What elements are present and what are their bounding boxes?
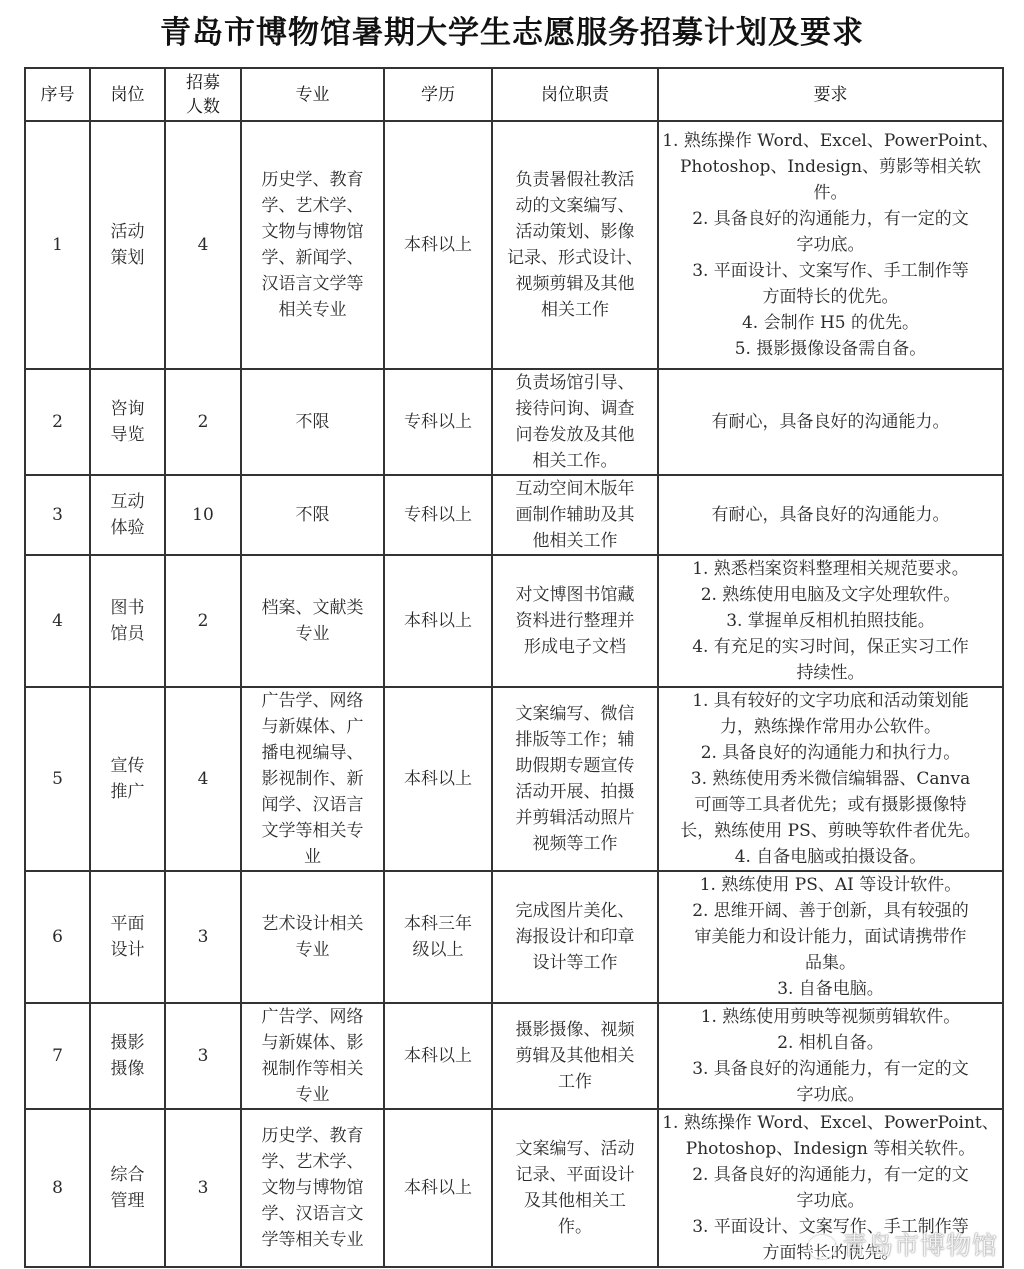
cell-position: 咨询导览: [90, 369, 165, 475]
cell-count: 10: [165, 475, 241, 555]
cell-major: 不限: [241, 475, 384, 555]
header-major: 专业: [241, 68, 384, 121]
cell-position: 宣传推广: [90, 687, 165, 871]
cell-position: 互动体验: [90, 475, 165, 555]
table-row: 5宣传推广4广告学、网络与新媒体、广播电视编导、影视制作、新闻学、汉语言文学等相…: [25, 687, 1003, 871]
header-count: 招募 人数: [165, 68, 241, 121]
cell-requirements: 1. 熟练操作 Word、Excel、PowerPoint、Photoshop、…: [658, 121, 1003, 369]
cell-major: 艺术设计相关专业: [241, 871, 384, 1003]
cell-education: 专科以上: [384, 475, 492, 555]
cell-count: 3: [165, 871, 241, 1003]
cell-education: 本科以上: [384, 1109, 492, 1267]
cell-index: 5: [25, 687, 90, 871]
cell-index: 3: [25, 475, 90, 555]
cell-duties: 互动空间木版年画制作辅助及其他相关工作: [492, 475, 658, 555]
table-row: 4图书馆员2档案、文献类专业本科以上对文博图书馆藏资料进行整理并形成电子文档1.…: [25, 555, 1003, 687]
cell-duties: 文案编写、微信排版等工作；辅助假期专题宣传活动开展、拍摄并剪辑活动照片视频等工作: [492, 687, 658, 871]
cell-duties: 负责暑假社教活动的文案编写、活动策划、影像记录、形式设计、视频剪辑及其他相关工作: [492, 121, 658, 369]
header-index: 序号: [25, 68, 90, 121]
table-row: 6平面设计3艺术设计相关专业本科三年级以上完成图片美化、海报设计和印章设计等工作…: [25, 871, 1003, 1003]
cell-count: 2: [165, 369, 241, 475]
cell-position: 图书馆员: [90, 555, 165, 687]
cell-requirements: 1. 熟练使用 PS、AI 等设计软件。2. 思维开阔、善于创新，具有较强的审美…: [658, 871, 1003, 1003]
cell-count: 2: [165, 555, 241, 687]
cell-count: 3: [165, 1003, 241, 1109]
cell-index: 1: [25, 121, 90, 369]
cell-major: 历史学、教育学、艺术学、文物与博物馆学、汉语言文学等相关专业: [241, 1109, 384, 1267]
cell-education: 专科以上: [384, 369, 492, 475]
cell-major: 不限: [241, 369, 384, 475]
cell-major: 广告学、网络与新媒体、影视制作等相关专业: [241, 1003, 384, 1109]
cell-index: 6: [25, 871, 90, 1003]
watermark: 青岛市博物馆: [808, 1226, 998, 1262]
cell-requirements: 有耐心，具备良好的沟通能力。: [658, 475, 1003, 555]
cell-position: 摄影摄像: [90, 1003, 165, 1109]
table-row: 2咨询导览2不限专科以上负责场馆引导、接待问询、调查问卷发放及其他相关工作。有耐…: [25, 369, 1003, 475]
table-row: 1活动策划4历史学、教育学、艺术学、文物与博物馆学、新闻学、汉语言文学等相关专业…: [25, 121, 1003, 369]
cell-duties: 完成图片美化、海报设计和印章设计等工作: [492, 871, 658, 1003]
cell-major: 历史学、教育学、艺术学、文物与博物馆学、新闻学、汉语言文学等相关专业: [241, 121, 384, 369]
cell-index: 4: [25, 555, 90, 687]
page-title: 青岛市博物馆暑期大学生志愿服务招募计划及要求: [0, 10, 1024, 56]
cell-duties: 摄影摄像、视频剪辑及其他相关工作: [492, 1003, 658, 1109]
cell-requirements: 1. 熟悉档案资料整理相关规范要求。2. 熟练使用电脑及文字处理软件。3. 掌握…: [658, 555, 1003, 687]
cell-education: 本科以上: [384, 687, 492, 871]
table-header-row: 序号 岗位 招募 人数 专业 学历 岗位职责 要求: [25, 68, 1003, 121]
cell-position: 活动策划: [90, 121, 165, 369]
cell-education: 本科以上: [384, 1003, 492, 1109]
cell-position: 综合管理: [90, 1109, 165, 1267]
cell-position: 平面设计: [90, 871, 165, 1003]
cell-major: 广告学、网络与新媒体、广播电视编导、影视制作、新闻学、汉语言文学等相关专业: [241, 687, 384, 871]
cell-education: 本科以上: [384, 121, 492, 369]
cell-major: 档案、文献类专业: [241, 555, 384, 687]
cell-index: 7: [25, 1003, 90, 1109]
weibo-icon: [808, 1235, 836, 1259]
cell-duties: 文案编写、活动记录、平面设计及其他相关工作。: [492, 1109, 658, 1267]
cell-count: 3: [165, 1109, 241, 1267]
header-requirements: 要求: [658, 68, 1003, 121]
cell-index: 8: [25, 1109, 90, 1267]
cell-duties: 负责场馆引导、接待问询、调查问卷发放及其他相关工作。: [492, 369, 658, 475]
cell-count: 4: [165, 121, 241, 369]
cell-education: 本科三年级以上: [384, 871, 492, 1003]
cell-education: 本科以上: [384, 555, 492, 687]
recruitment-table: 序号 岗位 招募 人数 专业 学历 岗位职责 要求 1活动策划4历史学、教育学、…: [24, 67, 1004, 1268]
cell-index: 2: [25, 369, 90, 475]
header-duties: 岗位职责: [492, 68, 658, 121]
cell-requirements: 有耐心，具备良好的沟通能力。: [658, 369, 1003, 475]
table-row: 3互动体验10不限专科以上互动空间木版年画制作辅助及其他相关工作有耐心，具备良好…: [25, 475, 1003, 555]
header-position: 岗位: [90, 68, 165, 121]
cell-duties: 对文博图书馆藏资料进行整理并形成电子文档: [492, 555, 658, 687]
header-education: 学历: [384, 68, 492, 121]
cell-requirements: 1. 具有较好的文字功底和活动策划能力，熟练操作常用办公软件。2. 具备良好的沟…: [658, 687, 1003, 871]
cell-count: 4: [165, 687, 241, 871]
cell-requirements: 1. 熟练使用剪映等视频剪辑软件。2. 相机自备。3. 具备良好的沟通能力，有一…: [658, 1003, 1003, 1109]
table-row: 7摄影摄像3广告学、网络与新媒体、影视制作等相关专业本科以上摄影摄像、视频剪辑及…: [25, 1003, 1003, 1109]
